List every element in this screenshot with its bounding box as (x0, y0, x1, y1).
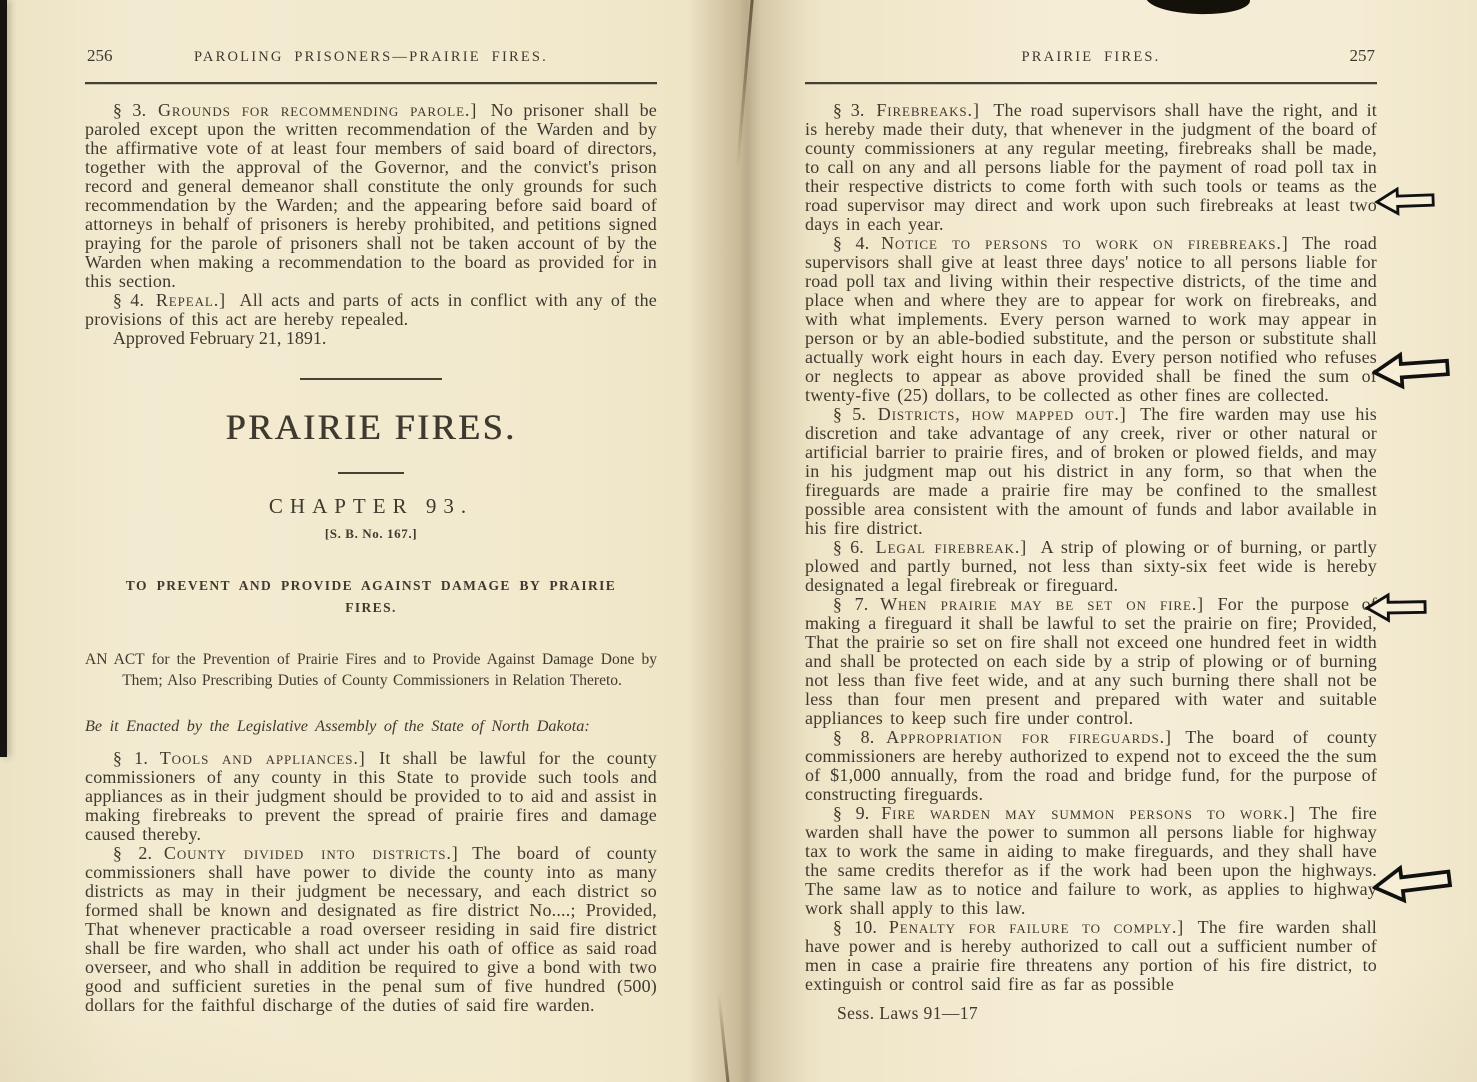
section-heading: Grounds for recommending parole.] (158, 100, 477, 120)
top-edge-smudge (1146, 0, 1251, 16)
statute-section: § 8.Appropriation for fireguards.]The bo… (805, 728, 1377, 804)
section-heading: Districts, how mapped out.] (878, 404, 1127, 424)
section-heading: Notice to persons to work on firebreaks.… (881, 233, 1289, 253)
section-marker: § 8. (833, 727, 875, 747)
section-marker: § 1. (113, 748, 148, 768)
section-heading: Fire warden may summon persons to work.] (881, 803, 1295, 823)
section-body: For the purpose of making a fireguard it… (805, 594, 1377, 728)
left-page-header: 256 PAROLING PRISONERS—PRAIRIE FIRES. (85, 46, 657, 70)
article-title: PRAIRIE FIRES. (85, 406, 657, 448)
statute-section: § 4.Notice to persons to work on firebre… (805, 234, 1377, 405)
margin-arrow-left-icon (1370, 857, 1455, 908)
section-body: No prisoner shall be paroled except upon… (85, 100, 657, 291)
statute-section: § 9.Fire warden may summon persons to wo… (805, 804, 1377, 918)
section-marker: § 3. (113, 100, 146, 120)
section-marker: § 6. (833, 537, 864, 557)
section-marker: § 9. (833, 803, 870, 823)
statute-section: § 7.When prairie may be set on fire.]For… (805, 595, 1377, 728)
section-body: The road supervisors shall have the righ… (805, 100, 1377, 234)
section-marker: § 2. (113, 843, 152, 863)
section-marker: § 5. (833, 404, 866, 424)
left-page-body: § 3.Grounds for recommending parole.]No … (85, 101, 657, 1015)
margin-arrow-left-icon (1371, 347, 1452, 392)
book-gutter-shadow (688, 0, 806, 1082)
header-rule (805, 82, 1377, 84)
section-heading: County divided into districts.] (164, 843, 459, 863)
left-page: 256 PAROLING PRISONERS—PRAIRIE FIRES. § … (85, 46, 657, 1082)
section-heading: When prairie may be set on fire.] (880, 594, 1204, 614)
chapter-heading: CHAPTER 93. (85, 494, 657, 519)
statute-section: § 6.Legal firebreak.]A strip of plowing … (805, 538, 1377, 595)
statute-section: § 3.Firebreaks.]The road supervisors sha… (805, 101, 1377, 234)
statute-section: § 4.Repeal.]All acts and parts of acts i… (85, 291, 657, 329)
section-body: The board of county commissioners shall … (85, 843, 657, 1015)
statute-section: § 3.Grounds for recommending parole.]No … (85, 101, 657, 291)
statute-section: § 5.Districts, how mapped out.]The fire … (805, 405, 1377, 538)
right-page-header: PRAIRIE FIRES. 257 (805, 46, 1377, 70)
section-heading: Legal firebreak.] (876, 537, 1027, 557)
right-page: PRAIRIE FIRES. 257 § 3.Firebreaks.]The r… (805, 46, 1377, 1082)
statute-section: § 10.Penalty for failure to comply.]The … (805, 918, 1377, 994)
act-preamble: AN ACT for the Prevention of Prairie Fir… (122, 649, 657, 691)
approved-line: Approved February 21, 1891. (85, 329, 657, 348)
margin-arrow-left-icon (1373, 185, 1436, 217)
session-laws-footer: Sess. Laws 91—17 (805, 1003, 1377, 1024)
section-marker: § 4. (833, 233, 870, 253)
running-head: PRAIRIE FIRES. (805, 46, 1377, 66)
running-head: PAROLING PRISONERS—PRAIRIE FIRES. (85, 46, 657, 66)
section-heading: Appropriation for fireguards.] (886, 727, 1172, 747)
statute-section: § 2.County divided into districts.]The b… (85, 844, 657, 1015)
scanned-book-spread: 256 PAROLING PRISONERS—PRAIRIE FIRES. § … (0, 0, 1477, 1082)
section-heading: Repeal.] (156, 290, 226, 310)
section-body: The road supervisors shall give at least… (805, 233, 1377, 405)
right-page-body: § 3.Firebreaks.]The road supervisors sha… (805, 101, 1377, 1024)
section-marker: § 3. (833, 100, 865, 120)
section-heading: Penalty for failure to comply.] (889, 917, 1184, 937)
header-rule (85, 82, 657, 84)
page-edge-artifact (0, 0, 7, 757)
bill-number: [S. B. No. 167.] (85, 526, 657, 542)
margin-arrow-left-icon (1362, 591, 1431, 623)
section-heading: Tools and appliances.] (160, 748, 366, 768)
section-body: The fire warden may use his discretion a… (805, 404, 1377, 538)
enacting-clause: Be it Enacted by the Legislative Assembl… (85, 716, 657, 736)
section-marker: § 10. (833, 917, 877, 937)
section-marker: § 7. (833, 594, 869, 614)
section-heading: Firebreaks.] (876, 100, 980, 120)
section-divider-rule (300, 378, 442, 380)
act-caption: TO PREVENT AND PROVIDE AGAINST DAMAGE BY… (108, 575, 634, 619)
section-marker: § 4. (113, 290, 144, 310)
title-rule (338, 472, 404, 474)
statute-section: § 1.Tools and appliances.]It shall be la… (85, 749, 657, 844)
page-number: 257 (1350, 46, 1376, 66)
